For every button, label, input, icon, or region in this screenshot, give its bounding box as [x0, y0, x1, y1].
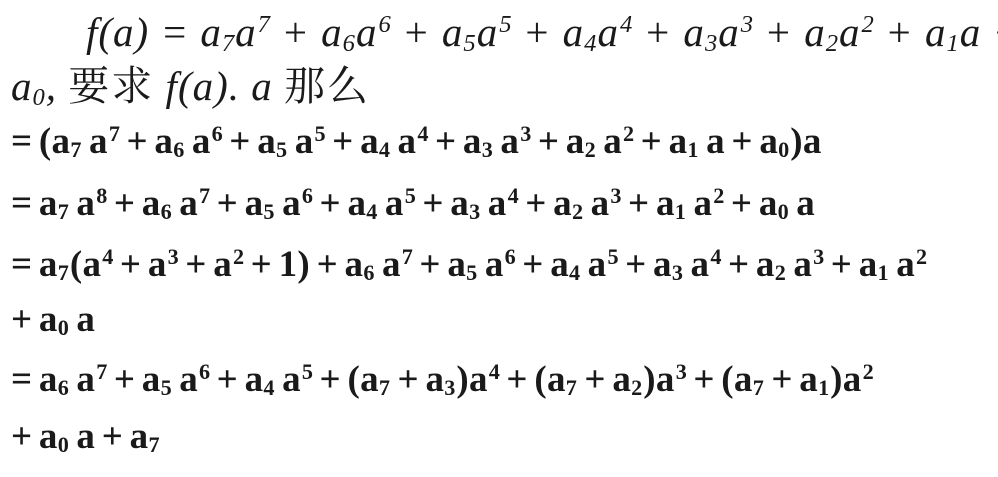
math-document: f(a) = a7a7 + a6a6 + a5a5 + a4a4 + a3a3 … — [0, 0, 998, 477]
formula-line-4: = a7 a8 + a6 a7 + a5 a6 + a4 a5 + a3 a4 … — [11, 178, 815, 230]
formula-line-3: = (a7 a7 + a6 a6 + a5 a5 + a4 a4 + a3 a3… — [11, 116, 822, 168]
formula-line-6: + a0 a — [11, 294, 95, 346]
formula-line-1: f(a) = a7a7 + a6a6 + a5a5 + a4a4 + a3a3 … — [86, 6, 998, 58]
formula-line-2: a0, 要求 f(a). a 那么 — [11, 60, 370, 112]
formula-line-7: = a6 a7 + a5 a6 + a4 a5 + (a7 + a3)a4 + … — [11, 354, 874, 406]
formula-line-5: = a7(a4 + a3 + a2 + 1) + a6 a7 + a5 a6 +… — [11, 239, 927, 291]
formula-line-8: + a0 a + a7 — [11, 411, 161, 463]
